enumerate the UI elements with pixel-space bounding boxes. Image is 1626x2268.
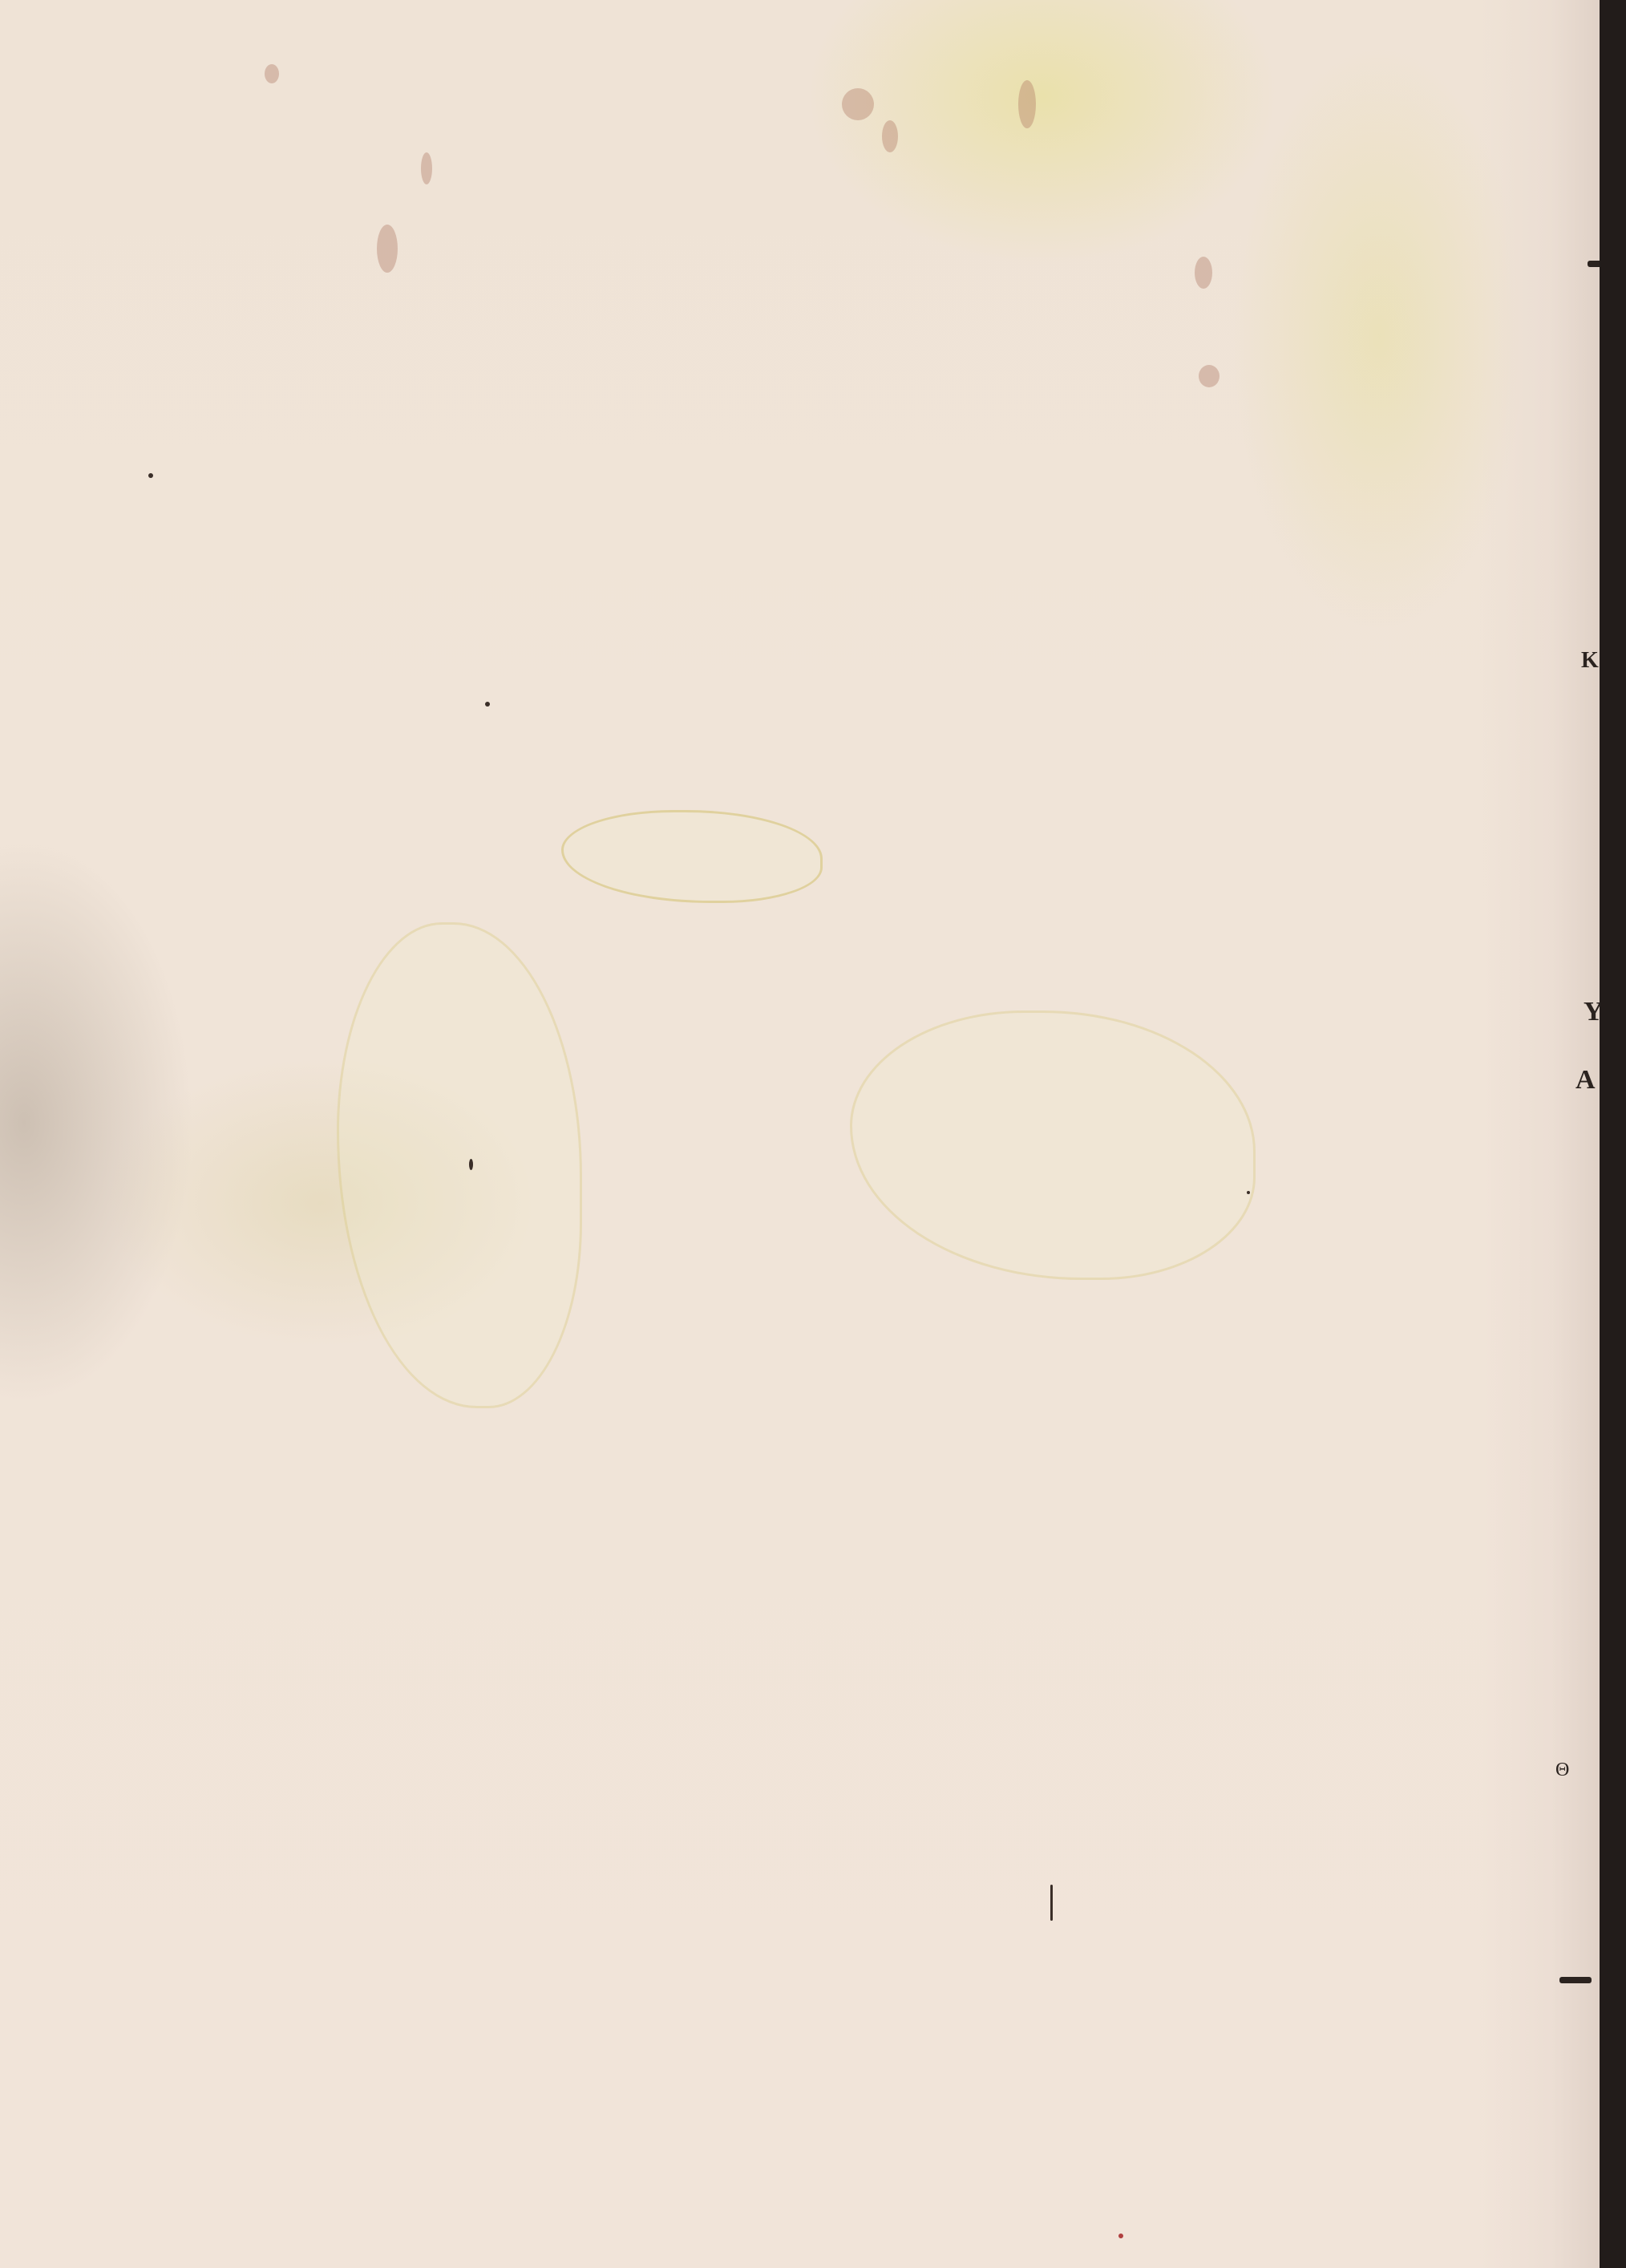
foxing-spot	[882, 120, 898, 152]
foxing-spot	[1018, 80, 1036, 128]
foxing-spot	[265, 64, 279, 83]
cover-fold-shadow	[1479, 0, 1600, 2268]
foxing-spot	[1199, 365, 1219, 387]
speck	[1118, 2234, 1123, 2238]
foxing-spot	[421, 152, 432, 184]
scan-background-edge	[1600, 0, 1626, 2268]
speck	[148, 473, 153, 478]
foxing-spot	[377, 225, 398, 273]
water-stain	[337, 922, 582, 1408]
book-back-cover: K Y A Θ	[0, 0, 1600, 2268]
speck	[1050, 1885, 1053, 1921]
water-stain	[850, 1010, 1256, 1280]
speck	[1247, 1191, 1250, 1194]
spine-letter: A	[1575, 1067, 1596, 1094]
spine-letter: Θ	[1555, 1760, 1569, 1780]
water-stain	[561, 810, 823, 903]
speck	[469, 1159, 473, 1170]
spine-letter: K	[1581, 650, 1599, 672]
foxing-spot	[1195, 257, 1212, 289]
spine-rule	[1559, 1977, 1592, 1983]
foxing-spot	[842, 88, 874, 120]
speck	[485, 702, 490, 707]
